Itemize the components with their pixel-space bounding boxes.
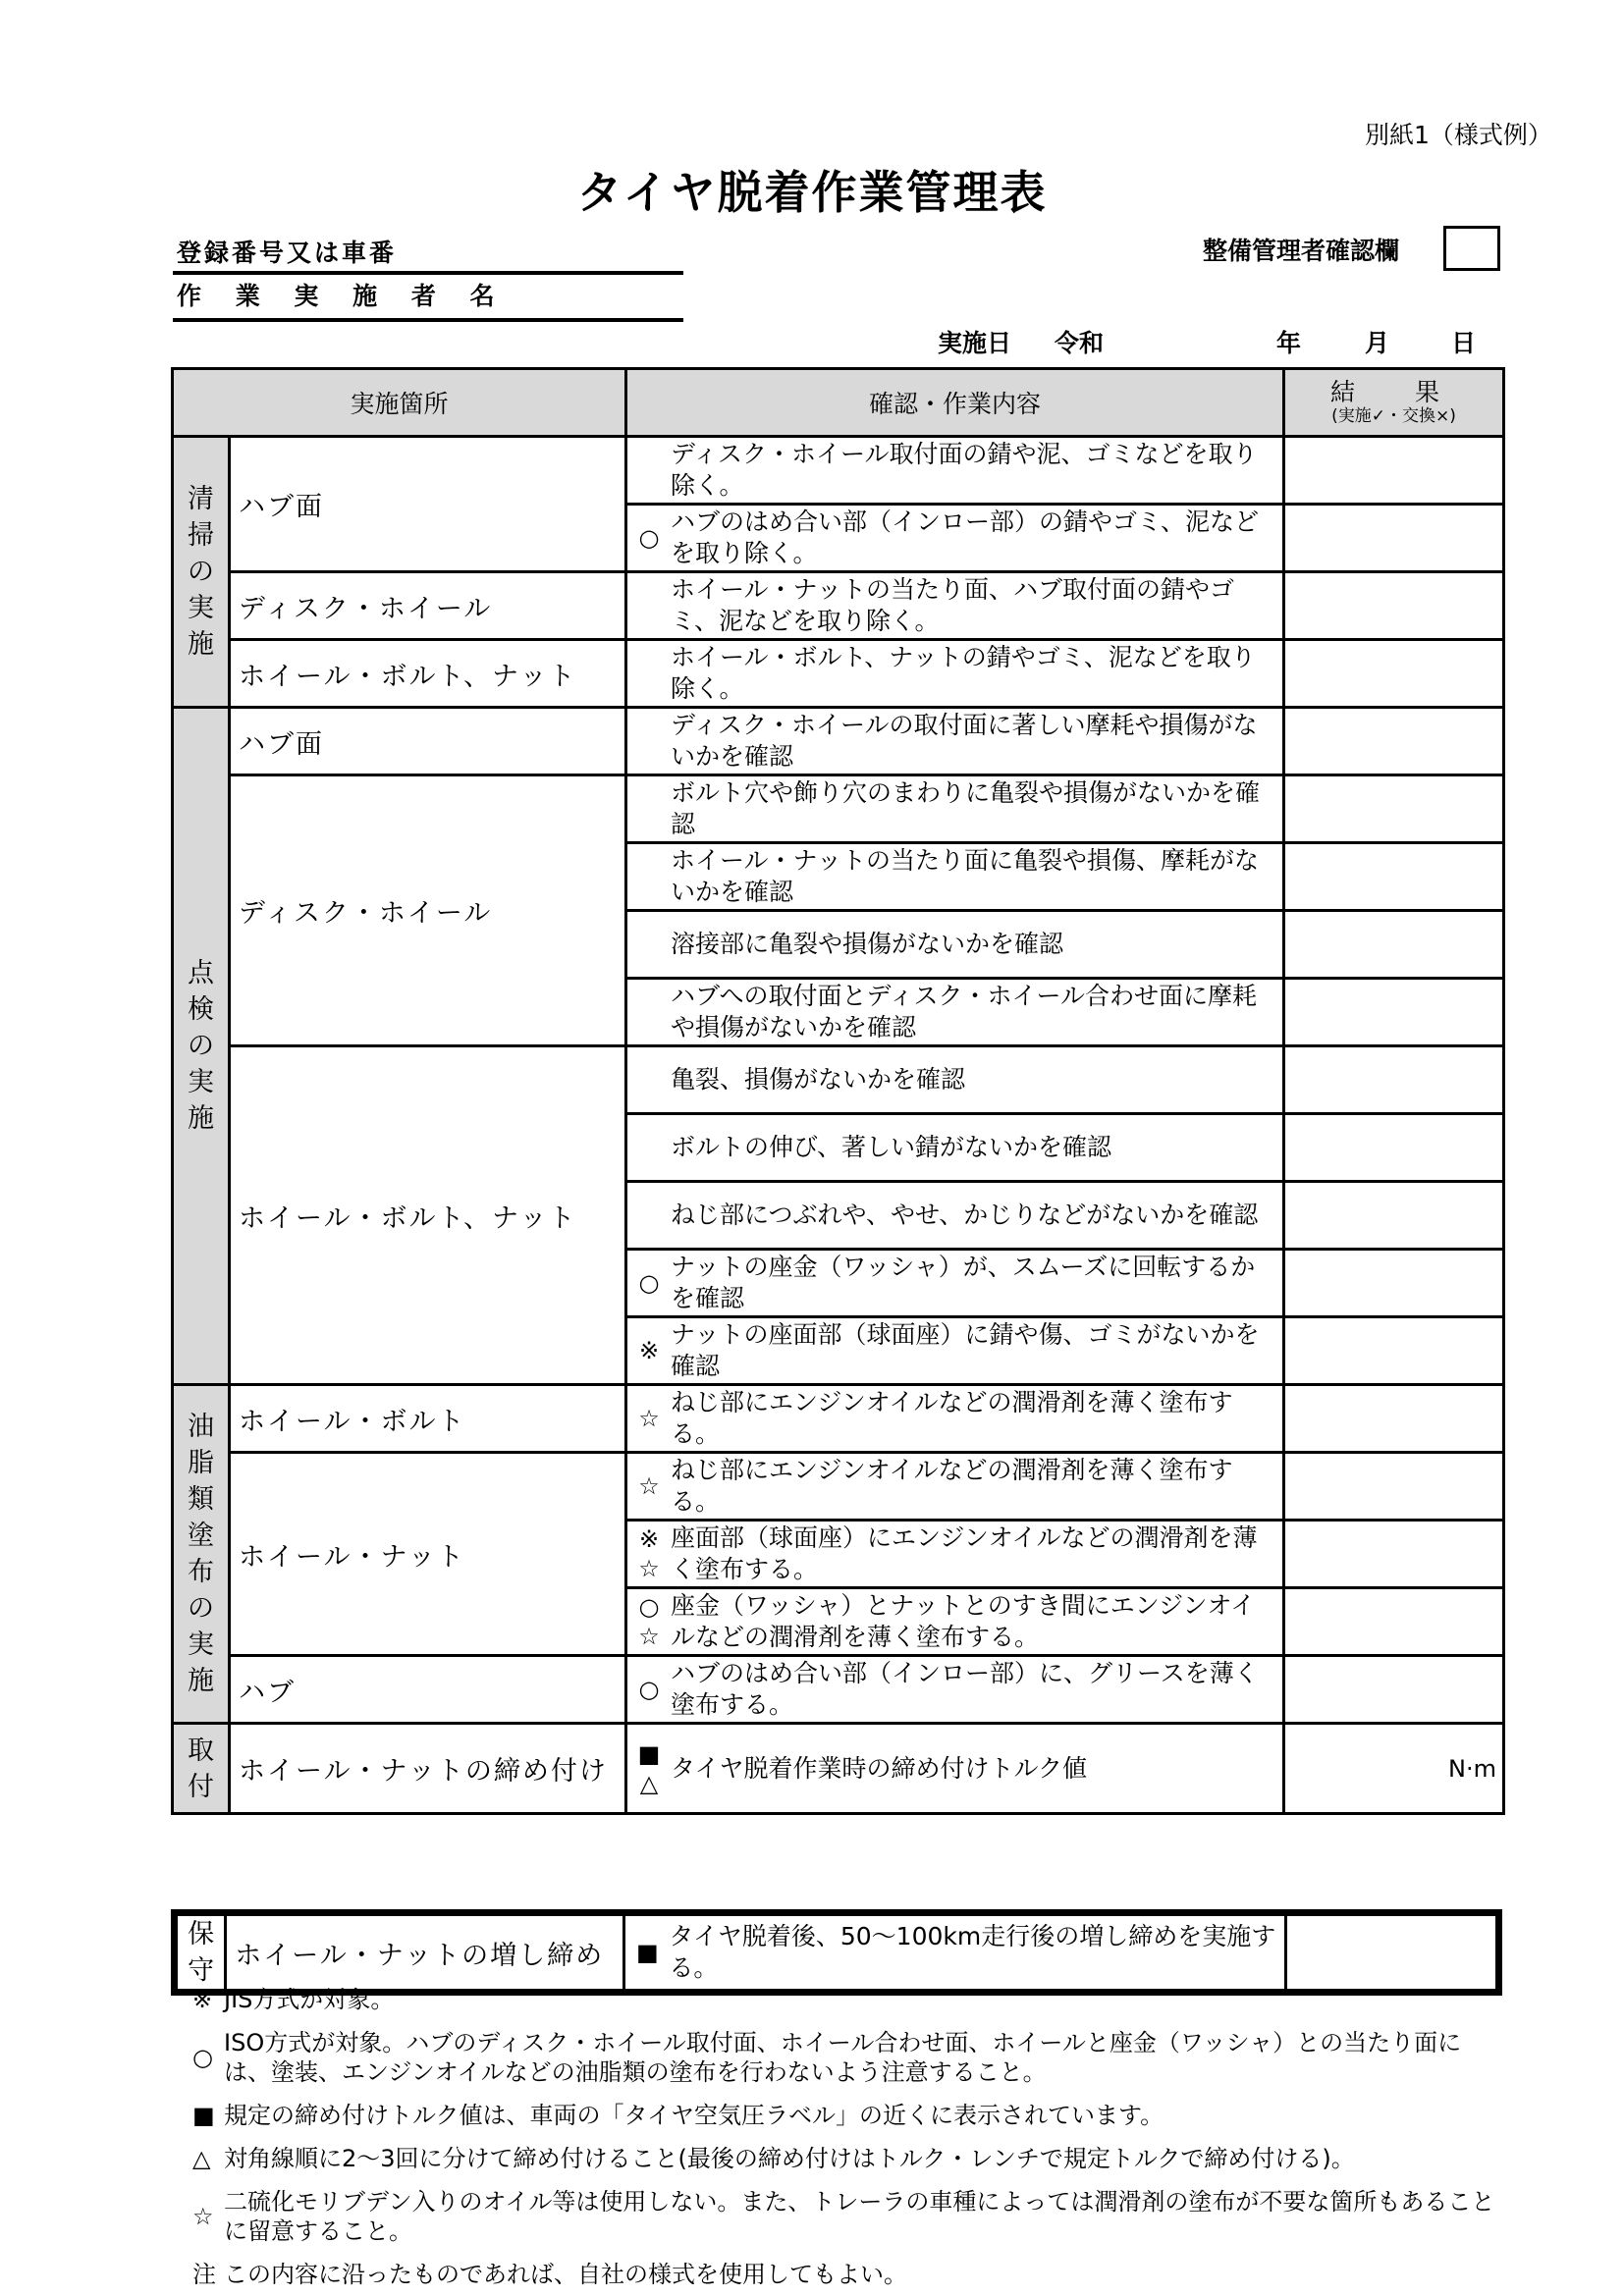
result-header-title: 結 果 [1285,379,1502,406]
form-id-label: 別紙1（様式例） [1365,116,1552,151]
result-cell[interactable] [1284,1182,1504,1250]
date-label: 実施日 [938,324,1011,359]
note-item: ※JIS方式が対象。 [192,1985,1508,2014]
table-row: 点検の実施ハブ面ディスク・ホイールの取付面に著しい摩耗や損傷がないかを確認 [173,708,1504,775]
work-management-table: 実施箇所 確認・作業内容 結 果 (実施✓・交換×) 清掃の実施ハブ面ディスク・… [171,367,1505,1815]
star-mark-icon: ☆ [627,1554,671,1583]
content-cell: ☆ねじ部にエンジンオイルなどの潤滑剤を薄く塗布する。 [626,1453,1284,1521]
content-text: ボルトの伸び、著しい錆がないかを確認 [671,1132,1282,1163]
content-cell: ディスク・ホイール取付面の錆や泥、ゴミなどを取り除く。 [626,437,1284,505]
content-cell: ○ハブのはめ合い部（インロー部）の錆やゴミ、泥などを取り除く。 [626,505,1284,572]
table-row: 清掃の実施ハブ面ディスク・ホイール取付面の錆や泥、ゴミなどを取り除く。 [173,437,1504,505]
date-day-label: 日 [1451,324,1476,359]
note-text: 対角線順に2～3回に分けて締め付けること(最後の締め付けはトルク・レンチで規定ト… [224,2144,1508,2173]
location-cell: ホイール・ボルト、ナット [230,1046,626,1385]
category-cell: 点検の実施 [173,708,230,1385]
reference-mark-icon: ※ [627,1336,671,1365]
table-row: ディスク・ホイールホイール・ナットの当たり面、ハブ取付面の錆やゴミ、泥などを取り… [173,572,1504,640]
circle-mark-icon: ○ [627,1675,671,1704]
circle-mark-icon: ○ [627,1592,671,1622]
circle-mark-icon: ○ [627,1675,671,1704]
content-cell: ボルトの伸び、著しい錆がないかを確認 [626,1114,1284,1182]
reference-mark-icon: ※ [627,1524,671,1554]
result-cell[interactable] [1284,1453,1504,1521]
circle-mark-icon: ○ [627,523,671,553]
star-mark-icon: ☆ [627,1471,671,1501]
location-cell: ホイール・ナット [230,1453,626,1656]
star-mark-icon: ☆ [192,2202,224,2231]
table-row: ハブ○ハブのはめ合い部（インロー部）に、グリースを薄く塗布する。 [173,1656,1504,1724]
result-header-legend: (実施✓・交換×) [1285,406,1502,426]
content-text: ディスク・ホイールの取付面に著しい摩耗や損傷がないかを確認 [671,710,1282,773]
maintenance-result-cell[interactable] [1285,1913,1498,1993]
table-row: ディスク・ホイールボルト穴や飾り穴のまわりに亀裂や損傷がないかを確認 [173,775,1504,843]
category-cell: 油脂類塗布の実施 [173,1385,230,1724]
content-text: ねじ部につぶれや、やせ、かじりなどがないかを確認 [671,1200,1282,1231]
worker-name-label: 作 業 実 施 者 名 [177,282,508,310]
content-text: ねじ部にエンジンオイルなどの潤滑剤を薄く塗布する。 [671,1455,1282,1518]
circle-mark-icon: ○ [627,523,671,553]
note-text: この内容に沿ったものであれば、自社の様式を使用してもよい。 [224,2260,1508,2289]
maintenance-row: 保 守 ホイール・ナットの増し締め ■ タイヤ脱着後、50～100km走行後の増… [175,1913,1499,1993]
content-cell: ねじ部につぶれや、やせ、かじりなどがないかを確認 [626,1182,1284,1250]
maintenance-location: ホイール・ナットの増し締め [226,1913,624,1993]
content-cell: ○☆座金（ワッシャ）とナットとのすき間にエンジンオイルなどの潤滑剤を薄く塗布する… [626,1588,1284,1656]
content-text: ディスク・ホイール取付面の錆や泥、ゴミなどを取り除く。 [671,439,1282,502]
star-mark-icon: ☆ [627,1404,671,1433]
content-cell: ホイール・ナットの当たり面、ハブ取付面の錆やゴミ、泥などを取り除く。 [626,572,1284,640]
result-cell[interactable] [1284,979,1504,1046]
circle-mark-icon: ○☆ [627,1592,671,1651]
location-cell: ディスク・ホイール [230,775,626,1046]
triangle-mark-icon: △ [627,1769,671,1798]
reference-mark-icon: ※ [627,1336,671,1365]
content-cell: 溶接部に亀裂や損傷がないかを確認 [626,911,1284,979]
category-cell: 取付 [173,1724,230,1814]
table-row: ホイール・ボルト、ナットホイール・ボルト、ナットの錆やゴミ、泥などを取り除く。 [173,640,1504,708]
result-cell[interactable] [1284,911,1504,979]
result-cell[interactable] [1284,505,1504,572]
result-cell[interactable] [1284,1317,1504,1385]
result-cell[interactable] [1284,1250,1504,1317]
table-row: 取付ホイール・ナットの締め付け■△タイヤ脱着作業時の締め付けトルク値N·m [173,1724,1504,1814]
location-cell: ハブ面 [230,708,626,775]
location-cell: ホイール・ナットの締め付け [230,1724,626,1814]
content-text: ホイール・ボルト、ナットの錆やゴミ、泥などを取り除く。 [671,642,1282,705]
column-header-result: 結 果 (実施✓・交換×) [1284,369,1504,437]
note-item: △対角線順に2～3回に分けて締め付けること(最後の締め付けはトルク・レンチで規定… [192,2144,1508,2173]
square-mark-icon: ■ [192,2101,224,2130]
registration-number-label: 登録番号又は車番 [177,239,397,267]
maintenance-content: ■ タイヤ脱着後、50～100km走行後の増し締めを実施する。 [624,1913,1285,1993]
content-cell: ハブへの取付面とディスク・ホイール合わせ面に摩耗や損傷がないかを確認 [626,979,1284,1046]
result-cell[interactable] [1284,843,1504,911]
content-cell: 亀裂、損傷がないかを確認 [626,1046,1284,1114]
result-cell[interactable] [1284,1588,1504,1656]
category-cell: 清掃の実施 [173,437,230,708]
content-text: 亀裂、損傷がないかを確認 [671,1064,1282,1095]
note-item: 注この内容に沿ったものであれば、自社の様式を使用してもよい。 [192,2260,1508,2289]
location-cell: ホイール・ボルト [230,1385,626,1453]
circle-mark-icon: ○ [627,1268,671,1298]
content-cell: ○ナットの座金（ワッシャ）が、スムーズに回転するかを確認 [626,1250,1284,1317]
table-row: ホイール・ボルト、ナット亀裂、損傷がないかを確認 [173,1046,1504,1114]
date-month-label: 月 [1365,324,1389,359]
registration-number-field[interactable]: 登録番号又は車番 [173,234,683,275]
maintenance-table: 保 守 ホイール・ナットの増し締め ■ タイヤ脱着後、50～100km走行後の増… [171,1909,1502,1996]
location-cell: ディスク・ホイール [230,572,626,640]
content-text: 座金（ワッシャ）とナットとのすき間にエンジンオイルなどの潤滑剤を薄く塗布する。 [671,1590,1282,1653]
reference-mark-icon: ※☆ [627,1524,671,1583]
table-row: 油脂類塗布の実施ホイール・ボルト☆ねじ部にエンジンオイルなどの潤滑剤を薄く塗布す… [173,1385,1504,1453]
torque-unit: N·m [1448,1755,1496,1783]
date-era: 令和 [1055,324,1104,359]
content-text: ハブのはめ合い部（インロー部）に、グリースを薄く塗布する。 [671,1658,1282,1721]
note-item: ☆二硫化モリブデン入りのオイル等は使用しない。また、トレーラの車種によっては潤滑… [192,2187,1508,2246]
result-cell[interactable] [1284,775,1504,843]
reference-mark-icon: ※ [192,1985,224,2014]
manager-check-box[interactable] [1443,226,1500,271]
content-text: 溶接部に亀裂や損傷がないかを確認 [671,929,1282,960]
page-title: タイヤ脱着作業管理表 [0,157,1624,222]
result-cell[interactable] [1284,1046,1504,1114]
note-text: ISO方式が対象。ハブのディスク・ホイール取付面、ホイール合わせ面、ホイールと座… [224,2028,1508,2087]
location-cell: ハブ [230,1656,626,1724]
circle-mark-icon: ○ [192,2043,224,2072]
content-text: ホイール・ナットの当たり面、ハブ取付面の錆やゴミ、泥などを取り除く。 [671,574,1282,637]
date-year-label: 年 [1276,324,1301,359]
star-mark-icon: ☆ [627,1622,671,1651]
table-header-row: 実施箇所 確認・作業内容 結 果 (実施✓・交換×) [173,369,1504,437]
circle-mark-icon: ○ [627,1268,671,1298]
content-cell: ○ハブのはめ合い部（インロー部）に、グリースを薄く塗布する。 [626,1656,1284,1724]
content-cell: ホイール・ナットの当たり面に亀裂や損傷、摩耗がないかを確認 [626,843,1284,911]
content-cell: ボルト穴や飾り穴のまわりに亀裂や損傷がないかを確認 [626,775,1284,843]
content-text: ナットの座金（ワッシャ）が、スムーズに回転するかを確認 [671,1252,1282,1314]
content-cell: ■△タイヤ脱着作業時の締め付けトルク値 [626,1724,1284,1814]
content-text: 座面部（球面座）にエンジンオイルなどの潤滑剤を薄く塗布する。 [671,1522,1282,1585]
note-text: 規定の締め付けトルク値は、車両の「タイヤ空気圧ラベル」の近くに表示されています。 [224,2101,1508,2130]
note-item: ○ISO方式が対象。ハブのディスク・ホイール取付面、ホイール合わせ面、ホイールと… [192,2028,1508,2087]
location-cell: ホイール・ボルト、ナット [230,640,626,708]
note-item: ■規定の締め付けトルク値は、車両の「タイヤ空気圧ラベル」の近くに表示されています… [192,2101,1508,2130]
result-cell[interactable] [1284,1521,1504,1588]
result-cell[interactable] [1284,1656,1504,1724]
result-cell[interactable] [1284,708,1504,775]
content-text: タイヤ脱着作業時の締め付けトルク値 [671,1753,1282,1785]
manager-check-label: 整備管理者確認欄 [1203,232,1399,267]
result-cell[interactable] [1284,1385,1504,1453]
worker-name-field[interactable]: 作 業 実 施 者 名 [173,277,683,322]
result-cell[interactable] [1284,640,1504,708]
content-text: ボルト穴や飾り穴のまわりに亀裂や損傷がないかを確認 [671,777,1282,840]
result-cell[interactable] [1284,437,1504,505]
triangle-mark-icon: △ [192,2144,224,2173]
content-cell: ホイール・ボルト、ナットの錆やゴミ、泥などを取り除く。 [626,640,1284,708]
content-text: ナットの座面部（球面座）に錆や傷、ゴミがないかを確認 [671,1319,1282,1382]
square-mark-icon: ■ [625,1938,669,1967]
content-text: ねじ部にエンジンオイルなどの潤滑剤を薄く塗布する。 [671,1387,1282,1450]
star-mark-icon: ☆ [627,1471,671,1501]
result-cell[interactable]: N·m [1284,1724,1504,1814]
result-cell[interactable] [1284,572,1504,640]
category-maintenance: 保 守 [175,1913,226,1993]
square-mark-icon: ■△ [627,1739,671,1798]
square-mark-icon: ■ [627,1739,671,1769]
note-text: 二硫化モリブデン入りのオイル等は使用しない。また、トレーラの車種によっては潤滑剤… [224,2187,1508,2246]
table-row: ホイール・ナット☆ねじ部にエンジンオイルなどの潤滑剤を薄く塗布する。 [173,1453,1504,1521]
content-cell: ディスク・ホイールの取付面に著しい摩耗や損傷がないかを確認 [626,708,1284,775]
column-header-content: 確認・作業内容 [626,369,1284,437]
notes-section: ※JIS方式が対象。○ISO方式が対象。ハブのディスク・ホイール取付面、ホイール… [192,1985,1508,2296]
star-mark-icon: ☆ [627,1404,671,1433]
maintenance-text: タイヤ脱着後、50～100km走行後の増し締めを実施する。 [669,1921,1283,1984]
content-cell: ※ナットの座面部（球面座）に錆や傷、ゴミがないかを確認 [626,1317,1284,1385]
result-cell[interactable] [1284,1114,1504,1182]
column-header-location: 実施箇所 [173,369,626,437]
content-cell: ※☆座面部（球面座）にエンジンオイルなどの潤滑剤を薄く塗布する。 [626,1521,1284,1588]
content-text: ホイール・ナットの当たり面に亀裂や損傷、摩耗がないかを確認 [671,845,1282,908]
note-mark-icon: 注 [192,2260,224,2289]
content-cell: ☆ねじ部にエンジンオイルなどの潤滑剤を薄く塗布する。 [626,1385,1284,1453]
content-text: ハブへの取付面とディスク・ホイール合わせ面に摩耗や損傷がないかを確認 [671,981,1282,1043]
content-text: ハブのはめ合い部（インロー部）の錆やゴミ、泥などを取り除く。 [671,507,1282,569]
location-cell: ハブ面 [230,437,626,572]
note-text: JIS方式が対象。 [224,1985,1508,2014]
